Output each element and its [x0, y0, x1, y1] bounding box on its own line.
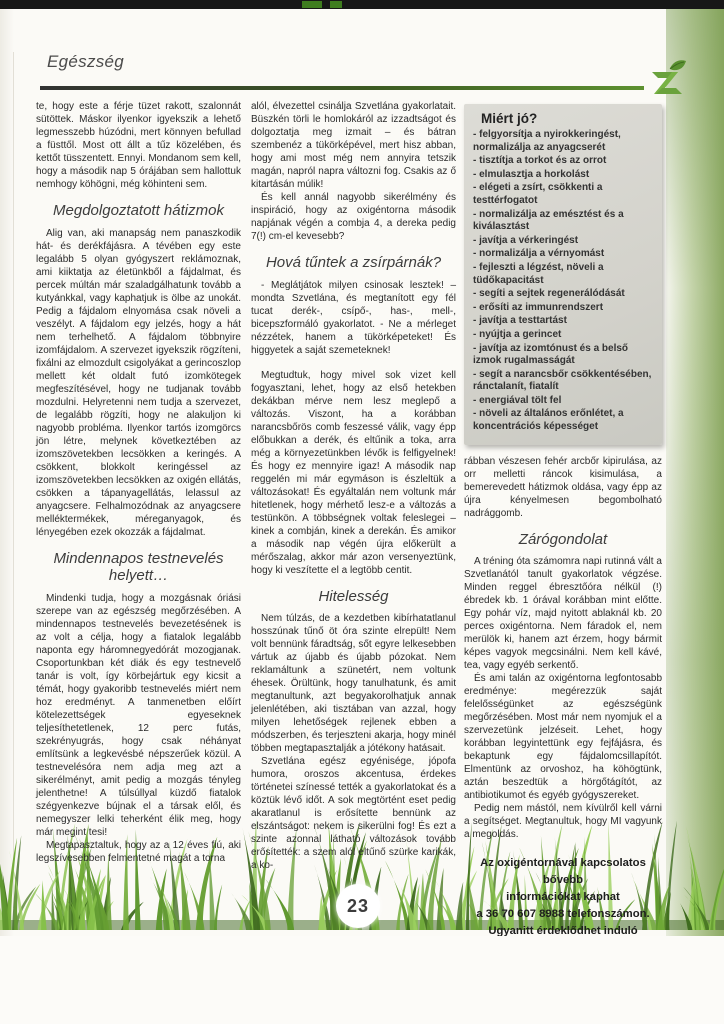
heading-closing-thought: Zárógondolat [470, 531, 656, 549]
why-box-item: - energiával tölt fel [473, 395, 655, 408]
why-box-item: - javítja a testtartást [473, 315, 655, 328]
heading-back-muscles: Megdolgoztatott hátizmok [42, 202, 235, 220]
paragraph-responsibility: És ami talán az oxigéntorna legfontosabb… [464, 672, 662, 802]
contact-line: Az oxigéntornával kapcsolatos bővebb [464, 855, 662, 889]
why-box-item: - fejleszti a légzést, növeli a tüdőkapa… [473, 262, 655, 287]
paragraph-daily-routine: A tréning óta számomra napi rutinná vált… [464, 555, 662, 672]
paragraph-visible-results: rábban vészesen fehér arcbőr kipirulása,… [464, 455, 662, 520]
section-label: Egészség [47, 52, 124, 72]
why-box-item: - növeli az általános erőnlétet, a konce… [473, 408, 655, 433]
left-page-edge-line [13, 52, 14, 908]
paragraph-five-hours: Nem túlzás, de a kezdetben kibírhatatlan… [251, 612, 456, 755]
why-box-item: - felgyorsítja a nyirokkeringést, normal… [473, 129, 655, 154]
why-box-item: - nyújtja a gerincet [473, 329, 655, 342]
why-box-item: - normalizálja az emésztést és a kiválas… [473, 209, 655, 234]
contact-line: információkat kaphat [464, 889, 662, 906]
top-bar-green-accent [302, 1, 322, 8]
why-box-item: - javítja a vérkeringést [473, 235, 655, 248]
page-number-badge: 23 [336, 884, 380, 928]
scan-bottom-margin [0, 936, 724, 1024]
paragraph-12-year-old: Megtapasztaltuk, hogy az a 12 éves fiú, … [36, 839, 241, 865]
right-page-edge-band [666, 9, 724, 939]
header-rule [40, 86, 644, 90]
paragraph-continued-from-previous-page: te, hogy este a férje tüzet rakott, szal… [36, 100, 241, 191]
paragraph-quote-pretty: - Meglátjátok milyen csinosak lesztek! –… [251, 279, 456, 357]
paragraph-we-are-solution: Pedig nem mástól, nem kívülről kell várn… [464, 802, 662, 841]
contact-phone-line: a 36 70 607 8988 telefonszámon. [464, 906, 662, 923]
paragraph-svetlana-exercises: alól, élvezettel csinálja Szvetlána gyak… [251, 100, 456, 191]
why-box-item: - erősíti az immunrendszert [473, 302, 655, 315]
page-number: 23 [347, 896, 369, 917]
why-good-box-title: Miért jó? [481, 112, 655, 125]
green-journal-logo-icon [646, 56, 688, 102]
why-box-item: - elmulasztja a horkolást [473, 169, 655, 182]
why-box-item: - elégeti a zsírt, csökkenti a testtérfo… [473, 182, 655, 207]
why-good-box: Miért jó? - felgyorsítja a nyirokkeringé… [464, 104, 662, 445]
column-1: te, hogy este a férje tüzet rakott, szal… [36, 100, 241, 865]
column-3: Miért jó? - felgyorsítja a nyirokkeringé… [464, 100, 662, 991]
heading-credibility: Hitelesség [257, 588, 450, 606]
top-bar-green-accent [330, 1, 342, 8]
scan-top-bar [0, 0, 724, 9]
why-box-item: - segíti a sejtek regenerálódását [473, 288, 655, 301]
paragraph-water-changes: Megtudtuk, hogy mivel sok vizet kell fog… [251, 369, 456, 577]
heading-daily-pe: Mindennapos testnevelés helyett… [42, 550, 235, 585]
why-box-item: - tisztítja a torkot és az orrot [473, 155, 655, 168]
why-box-item: - segít a narancsbőr csökkentésében, rán… [473, 369, 655, 394]
why-box-item: - javítja az izomtónust és a belső izmok… [473, 343, 655, 368]
paragraph-inspiration: És kell annál nagyobb sikerélmény és ins… [251, 191, 456, 243]
magazine-page: Egészség te, hogy este a férje tüzet rak… [0, 0, 724, 1024]
paragraph-daily-pe: Mindenki tudja, hogy a mozgásnak óriási … [36, 592, 241, 839]
why-box-item: - normalizálja a vérnyomást [473, 248, 655, 261]
column-2: alól, élvezettel csinálja Szvetlána gyak… [251, 100, 456, 872]
paragraph-personality: Szvetlána egész egyénisége, jópofa humor… [251, 755, 456, 872]
paragraph-back-pain: Alig van, aki manapság nem panaszkodik h… [36, 227, 241, 539]
heading-fat-pads: Hová tűntek a zsírpárnák? [257, 254, 450, 272]
